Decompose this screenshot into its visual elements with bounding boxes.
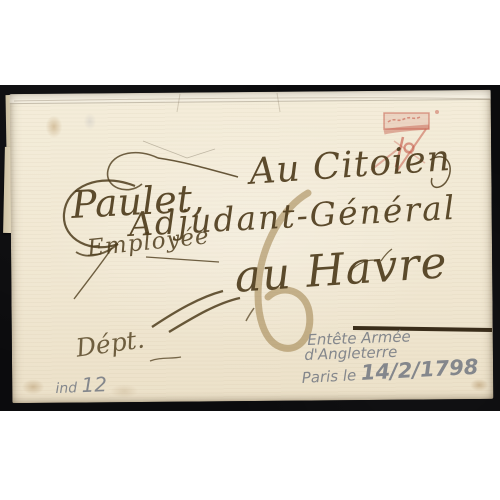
photo-background [0, 85, 500, 411]
letter-paper [10, 90, 494, 403]
auction-photo-page: Au Citoien Paulet, Adjudant-Général Empl… [0, 0, 500, 500]
